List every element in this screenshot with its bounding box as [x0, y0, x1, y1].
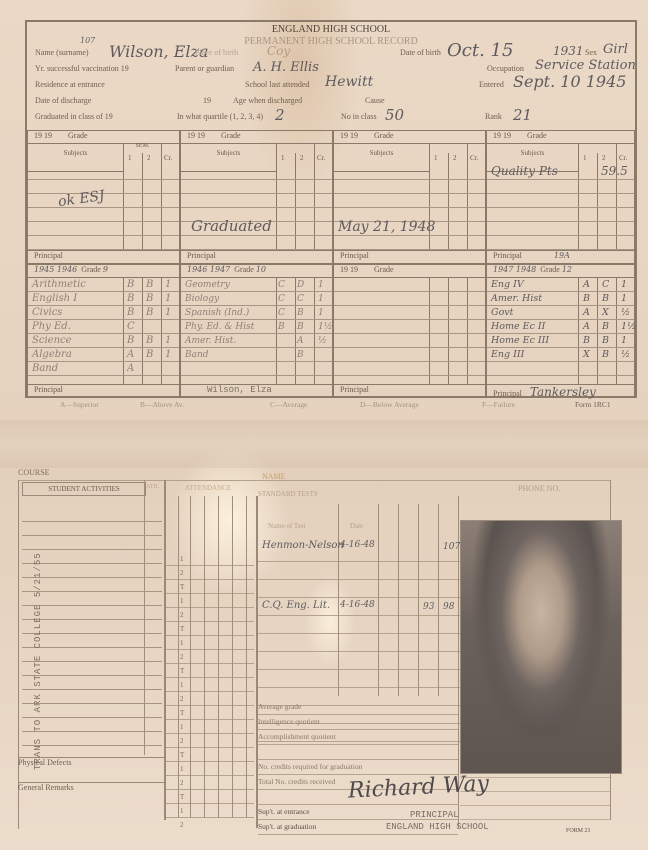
attendance-header: ATTENDANCE [168, 484, 248, 492]
quadrant-years: 1946 1947 [187, 265, 230, 274]
graduated-note: Graduated [191, 217, 272, 235]
parent-label: Parent or guardian [175, 64, 234, 73]
subject-name: Home Ec II [491, 321, 545, 332]
physical-defects-section: Physical Defects [18, 757, 164, 767]
credit: ½ [621, 306, 630, 320]
ath-header: ATH. [146, 484, 159, 490]
sem1-grade: A [127, 362, 134, 376]
grade-label: Grade [68, 131, 88, 140]
credit: 1 [621, 292, 627, 306]
sem1-header: 1 [128, 154, 132, 162]
subject-name: Eng IV [491, 279, 524, 290]
grade-label: Grade [374, 265, 394, 274]
no-in-class-value: 50 [385, 106, 404, 124]
place-of-birth-value: Coy [267, 44, 290, 58]
credit-header: Cr. [619, 154, 627, 162]
credit: 1 [165, 348, 171, 362]
principal-label: Principal [334, 384, 485, 397]
sem2-grade: B [146, 306, 153, 320]
credit: 1 [165, 334, 171, 348]
quartile-label: In what quartile (1, 2, 3, 4) [177, 112, 263, 121]
dob-label: Date of birth [400, 48, 441, 57]
school-last-attended-label: School last attended [245, 80, 309, 89]
sex-label: Sex [585, 48, 597, 57]
sem2-grade: B [146, 348, 153, 362]
rank-label: Rank [485, 112, 502, 121]
signature-title: PRINCIPAL [410, 810, 459, 820]
place-of-birth-label: Place of birth [195, 48, 238, 57]
subject-name: Amer. Hist. [185, 336, 236, 346]
subject-name: Algebra [32, 349, 72, 360]
sem2-grade: B [602, 292, 609, 306]
quadrant-years: 19 19 [493, 131, 511, 140]
credit: 1 [318, 306, 324, 320]
entered-value: Sept. 10 1945 [513, 72, 626, 91]
sem1-grade: C [127, 320, 135, 334]
principal-label: Principal [28, 250, 179, 263]
subject-name: English I [32, 293, 77, 304]
graduated-label: Graduated in class of 19 [35, 112, 113, 121]
credit-header: Cr. [317, 154, 325, 162]
term-1: 1 [166, 552, 190, 566]
average-grade-label: Average grade [258, 700, 458, 715]
typed-name-row: Wilson, Elza [181, 384, 332, 397]
sem2-header: 2 [147, 154, 151, 162]
sem1-grade: A [583, 320, 590, 334]
subject-name: Phy Ed. [32, 321, 71, 332]
sem1-grade: C [278, 278, 285, 292]
sem-header: SEM. [124, 143, 161, 149]
name-label: Name (surname) [35, 48, 89, 57]
term-1: 1 [166, 762, 190, 776]
grade-label: Grade [81, 265, 101, 274]
test-2-raw-score: 93 [423, 602, 434, 612]
legend-b: B—Above Av. [140, 400, 184, 409]
term-total: T [166, 748, 190, 762]
quadrant-2: 19 19 Grade Subjects 1 2 Cr. Graduated P… [180, 130, 333, 264]
sem1-grade: C [278, 306, 285, 320]
discharge-label: Date of discharge [35, 96, 91, 105]
subject-name: Eng III [491, 349, 524, 360]
sem1-grade: B [127, 334, 134, 348]
credit: 1 [165, 306, 171, 320]
subject-name: Phy. Ed. & Hist [185, 322, 254, 332]
subject-name: Geometry [185, 280, 230, 290]
subject-name: Arithmetic [32, 279, 86, 290]
principal-label: Principal [493, 251, 522, 260]
test-2-equiv-score: 98 [443, 602, 454, 612]
subject-name: Civics [32, 307, 62, 318]
sem2-grade: B [297, 348, 304, 362]
principal-label: Principal [493, 389, 522, 398]
subject-name: Amer. Hist [491, 293, 542, 304]
term-2: 2 [166, 650, 190, 664]
term-rows: 1 2 T 1 2 T 1 2 T 1 2 T 1 2 T 1 2 T 1 2 [166, 552, 190, 832]
no-in-class-label: No in class [341, 112, 377, 121]
quality-points-value: 59.5 [601, 164, 628, 178]
sem2-grade: B [297, 306, 304, 320]
sem1-grade: B [583, 334, 590, 348]
quartile-value: 2 [275, 106, 285, 124]
sem2-grade: A [297, 334, 304, 348]
vaccination-label: Yr. successful vaccination 19 [35, 64, 129, 73]
credit: 1 [621, 278, 627, 292]
principal-signature: Tankersley [530, 385, 596, 399]
sem1-grade: C [278, 292, 285, 306]
quadrant-3: 19 19 Grade Subjects 1 2 Cr. May 21, 194… [333, 130, 486, 264]
term-2: 2 [166, 566, 190, 580]
grade-12-subjects: Eng IVAC1 Amer. HistBB1 GovtAX½ Home Ec … [491, 278, 631, 362]
quadrant-grade-9: 1945 1946 Grade 9 ArithmeticBB1 English … [27, 264, 180, 398]
quadrant-years: 1945 1946 [34, 265, 77, 274]
signature-school: ENGLAND HIGH SCHOOL [386, 822, 489, 832]
sem2-grade: B [602, 334, 609, 348]
grade-value: 12 [562, 265, 572, 274]
iq-label: Intelligence quotient [258, 715, 458, 730]
subject-name: Science [32, 335, 72, 346]
term-1: 1 [166, 720, 190, 734]
credits-required-label: No. credits required for graduation [258, 760, 458, 775]
form-number: Form 1RC1 [575, 400, 611, 409]
subjects-header: Subjects [28, 143, 123, 172]
subject-name: Home Ec III [491, 335, 549, 346]
quality-points-label: Quality Pts [491, 164, 558, 178]
term-1: 1 [166, 804, 190, 818]
sem2-grade: C [297, 292, 304, 306]
quadrant-years: 19 19 [340, 131, 358, 140]
sem2-header: 2 [453, 154, 457, 162]
cause-label: Cause [365, 96, 385, 105]
graduation-date-note: May 21, 1948 [338, 219, 435, 235]
term-2: 2 [166, 692, 190, 706]
sem1-grade: X [583, 348, 590, 362]
general-remarks-section: General Remarks [18, 782, 164, 792]
residence-label: Residence at entrance [35, 80, 105, 89]
permanent-record-front: ENGLAND HIGH SCHOOL PERMANENT HIGH SCHOO… [25, 20, 637, 398]
age-discharged-label: Age when discharged [233, 96, 302, 105]
term-1: 1 [166, 636, 190, 650]
test-1-name: Henmon-Nelson [262, 540, 344, 551]
dob-year: 1931 [553, 44, 584, 58]
student-activities-header: STUDENT ACTIVITIES [22, 482, 146, 496]
grade-value: 10 [256, 265, 266, 274]
principal-label: Principal [181, 250, 332, 263]
sem1-grade: A [583, 278, 590, 292]
term-2: 2 [166, 776, 190, 790]
rank-value: 21 [513, 106, 532, 124]
term-2: 2 [166, 608, 190, 622]
legend-c: C—Average [270, 400, 307, 409]
discharge-year: 19 [203, 96, 211, 105]
credit: 1 [165, 292, 171, 306]
quadrant-years: 19 19 [187, 131, 205, 140]
sem2-grade: C [602, 278, 609, 292]
sem1-grade: B [127, 306, 134, 320]
grade-legend: A—Superior B—Above Av. C—Average D—Below… [0, 400, 648, 412]
sem1-grade: A [583, 306, 590, 320]
credit: 1½ [318, 320, 332, 334]
test-1-score: 107 [443, 542, 460, 552]
grade-9-subjects: ArithmeticBB1 English IBB1 CivicsBB1 Phy… [32, 278, 172, 376]
term-total: T [166, 622, 190, 636]
school-last-attended-value: Hewitt [325, 74, 373, 90]
aq-label: Accomplishment quotient [258, 730, 458, 745]
dob-value: Oct. 15 [447, 40, 513, 61]
credit: 1½ [621, 320, 636, 334]
sem1-grade: B [127, 292, 134, 306]
test-1-date: 4-16-48 [340, 540, 375, 550]
quadrant-grade-12: 1947 1948 Grade 12 Eng IVAC1 Amer. HistB… [486, 264, 635, 398]
general-remarks-label: General Remarks [18, 783, 74, 792]
principal-label: Principal [334, 250, 485, 263]
subject-name: Band [32, 363, 58, 374]
back-form-number: FORM 21 [566, 828, 591, 834]
sex-value: Girl [603, 42, 628, 57]
credit: 1 [621, 334, 627, 348]
grade-grid: 19 19 Grade Subjects SEM. 1 2 Cr. ok ESJ… [27, 130, 635, 398]
sem2-grade: B [146, 334, 153, 348]
student-photo [460, 520, 622, 774]
quadrant-1: 19 19 Grade Subjects SEM. 1 2 Cr. ok ESJ… [27, 130, 180, 264]
test-2-date: 4-16-48 [340, 600, 375, 610]
sem2-grade: B [602, 320, 609, 334]
credit: 1 [165, 278, 171, 292]
sem1-grade: B [583, 292, 590, 306]
sem2-header: 2 [300, 154, 304, 162]
sem1-grade: B [278, 320, 285, 334]
legend-d: D—Below Average [360, 400, 419, 409]
sem2-grade: D [297, 278, 304, 292]
sem1-grade: B [127, 278, 134, 292]
sem2-grade: B [297, 320, 304, 334]
sem2-grade: B [602, 348, 609, 362]
subjects-header: Subjects [334, 143, 429, 172]
sem1-header: 1 [434, 154, 438, 162]
typed-student-name: Wilson, Elza [207, 385, 272, 395]
credit: ½ [318, 334, 327, 348]
grade-label: Grade [221, 131, 241, 140]
term-1: 1 [166, 678, 190, 692]
test-date-header: Date [350, 522, 363, 530]
legend-a: A—Superior [60, 400, 99, 409]
school-name: ENGLAND HIGH SCHOOL [27, 24, 635, 35]
grade-label: Grade [540, 265, 560, 274]
term-total: T [166, 580, 190, 594]
term-total: T [166, 706, 190, 720]
term-2: 2 [166, 818, 190, 832]
subject-name: Spanish (Ind.) [185, 308, 249, 318]
credit-header: Cr. [470, 154, 478, 162]
grade-label: Grade [374, 131, 394, 140]
credit: 1 [318, 292, 324, 306]
sem2-grade: B [146, 292, 153, 306]
grade-10-subjects: GeometryCD1 BiologyCC1 Spanish (Ind.)CB1… [185, 278, 325, 362]
sem2-header: 2 [602, 154, 606, 162]
principal-label: Principal [28, 384, 179, 397]
term-1: 1 [166, 594, 190, 608]
term-total: T [166, 664, 190, 678]
grade-value: 9 [103, 265, 108, 274]
grade-label: Grade [527, 131, 547, 140]
subjects-header: Subjects [181, 143, 276, 172]
sem2-grade: B [146, 278, 153, 292]
sem2-grade: X [602, 306, 609, 320]
attendance-grid: 1 2 T 1 2 T 1 2 T 1 2 T 1 2 T 1 2 T 1 2 [166, 496, 254, 818]
standard-tests-header: STANDARD TESTS [258, 490, 318, 498]
transfer-stamp: TRANS TO ARK STATE COLLEGE 5/21/55 [33, 510, 43, 770]
quadrant-grade-10: 1946 1947 Grade 10 GeometryCD1 BiologyCC… [180, 264, 333, 398]
principal-value: 19A [554, 251, 570, 260]
term-2: 2 [166, 734, 190, 748]
legend-f: F—Failure [482, 400, 515, 409]
subject-name: Band [185, 350, 209, 360]
sem1-grade: A [127, 348, 134, 362]
name-value: Wilson, Elza [109, 42, 208, 61]
parent-value: A. H. Ellis [253, 60, 319, 75]
credit: ½ [621, 348, 630, 362]
subject-name: Biology [185, 294, 219, 304]
physical-defects-label: Physical Defects [18, 758, 72, 767]
subject-name: Govt [491, 307, 514, 318]
credit-header: Cr. [164, 154, 172, 162]
term-total: T [166, 790, 190, 804]
grade-label: Grade [234, 265, 254, 274]
quadrant-years: 19 19 [34, 131, 52, 140]
test-name-header: Name of Test [268, 522, 305, 530]
test-2-name: C.Q. Eng. Lit. [262, 600, 330, 611]
quadrant-4: 19 19 Grade Subjects 1 2 Cr. Quality Pts… [486, 130, 635, 264]
quadrant-years: 1947 1948 [493, 265, 536, 274]
entered-label: Entered [479, 80, 504, 89]
quadrant-years: 19 19 [340, 265, 358, 274]
quadrant-empty: 19 19 Grade Principal [333, 264, 486, 398]
sem1-header: 1 [281, 154, 285, 162]
occupation-value: Service Station [535, 58, 636, 73]
paper-fold [0, 420, 648, 468]
record-number: 107 [80, 36, 95, 45]
sem1-header: 1 [583, 154, 587, 162]
credit: 1 [318, 278, 324, 292]
